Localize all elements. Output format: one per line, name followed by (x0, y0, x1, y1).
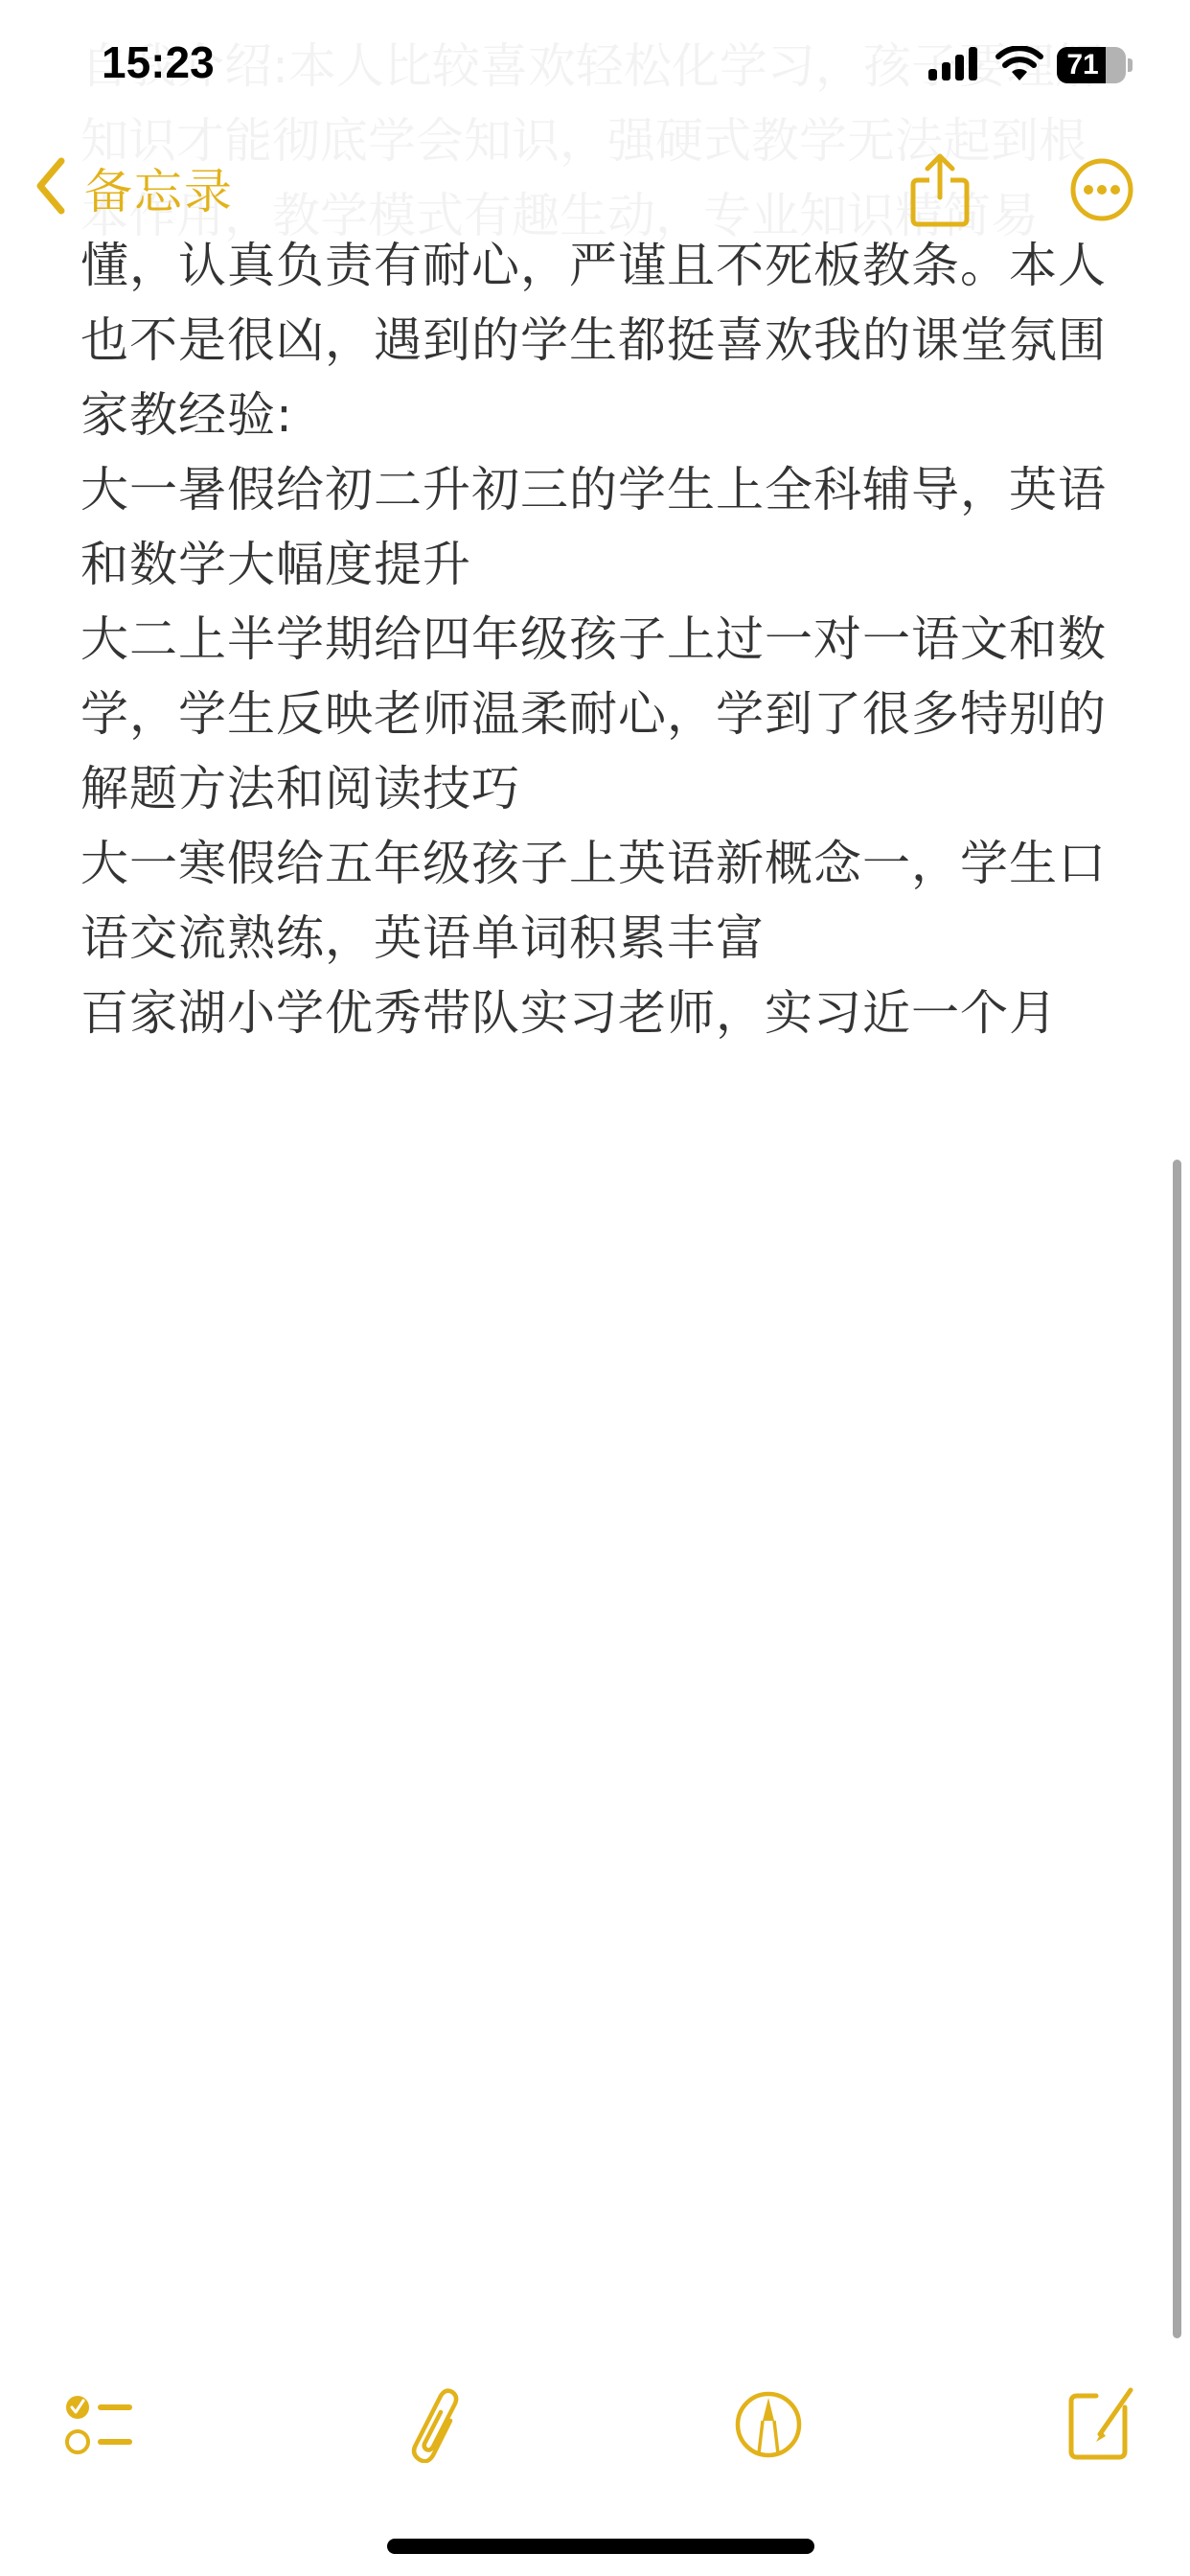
note-line: 学，学生反映老师温柔耐心，学到了很多特别的 (80, 677, 1144, 751)
note-body[interactable]: 懂，认真负责有耐心，严谨且不死板教条。本人 也不是很凶，遇到的学生都挺喜欢我的课… (80, 228, 1144, 1050)
note-line: 大一暑假给初二升初三的学生上全科辅导，英语 (80, 452, 1144, 527)
compose-icon (1064, 2449, 1140, 2467)
back-button[interactable]: 备忘录 (34, 153, 234, 222)
note-line: 解题方法和阅读技巧 (80, 751, 1144, 826)
status-time: 15:23 (102, 36, 215, 88)
chevron-left-icon (34, 156, 67, 219)
home-indicator[interactable] (387, 2539, 814, 2554)
note-line: 家教经验: (80, 378, 1144, 452)
battery-percent: 71 (1057, 47, 1109, 83)
checklist-button[interactable] (61, 2386, 138, 2467)
wifi-icon (995, 46, 1043, 84)
vertical-scrollbar[interactable] (1173, 1160, 1181, 2338)
note-line: 和数学大幅度提升 (80, 527, 1144, 602)
note-line: 也不是很凶，遇到的学生都挺喜欢我的课堂氛围 (80, 303, 1144, 378)
checklist-icon (61, 2449, 138, 2467)
share-button[interactable] (908, 151, 972, 232)
note-line: 大二上半学期给四年级孩子上过一对一语文和数 (80, 602, 1144, 677)
cellular-signal-icon (928, 46, 982, 84)
note-line: 大一寒假给五年级孩子上英语新概念一，学生口 (80, 826, 1144, 901)
markup-button[interactable] (730, 2386, 807, 2467)
more-button[interactable] (1069, 157, 1134, 226)
note-line: 语交流熟练，英语单词积累丰富 (80, 901, 1144, 976)
back-label: 备忘录 (84, 153, 234, 222)
note-line: 懂，认真负责有耐心，严谨且不死板教条。本人 (80, 228, 1144, 303)
note-line: 百家湖小学优秀带队实习老师，实习近一个月 (80, 976, 1144, 1050)
battery-indicator: 71 (1057, 47, 1126, 83)
compose-button[interactable] (1064, 2386, 1140, 2467)
paperclip-icon (399, 2449, 475, 2467)
ellipsis-circle-icon (1069, 208, 1134, 226)
faded-line: 知识才能彻底学会知识，强硬式教学无法起到根 (80, 103, 1134, 178)
battery-nub (1128, 58, 1133, 72)
markup-pen-icon (730, 2449, 807, 2467)
attachment-button[interactable] (399, 2386, 475, 2467)
